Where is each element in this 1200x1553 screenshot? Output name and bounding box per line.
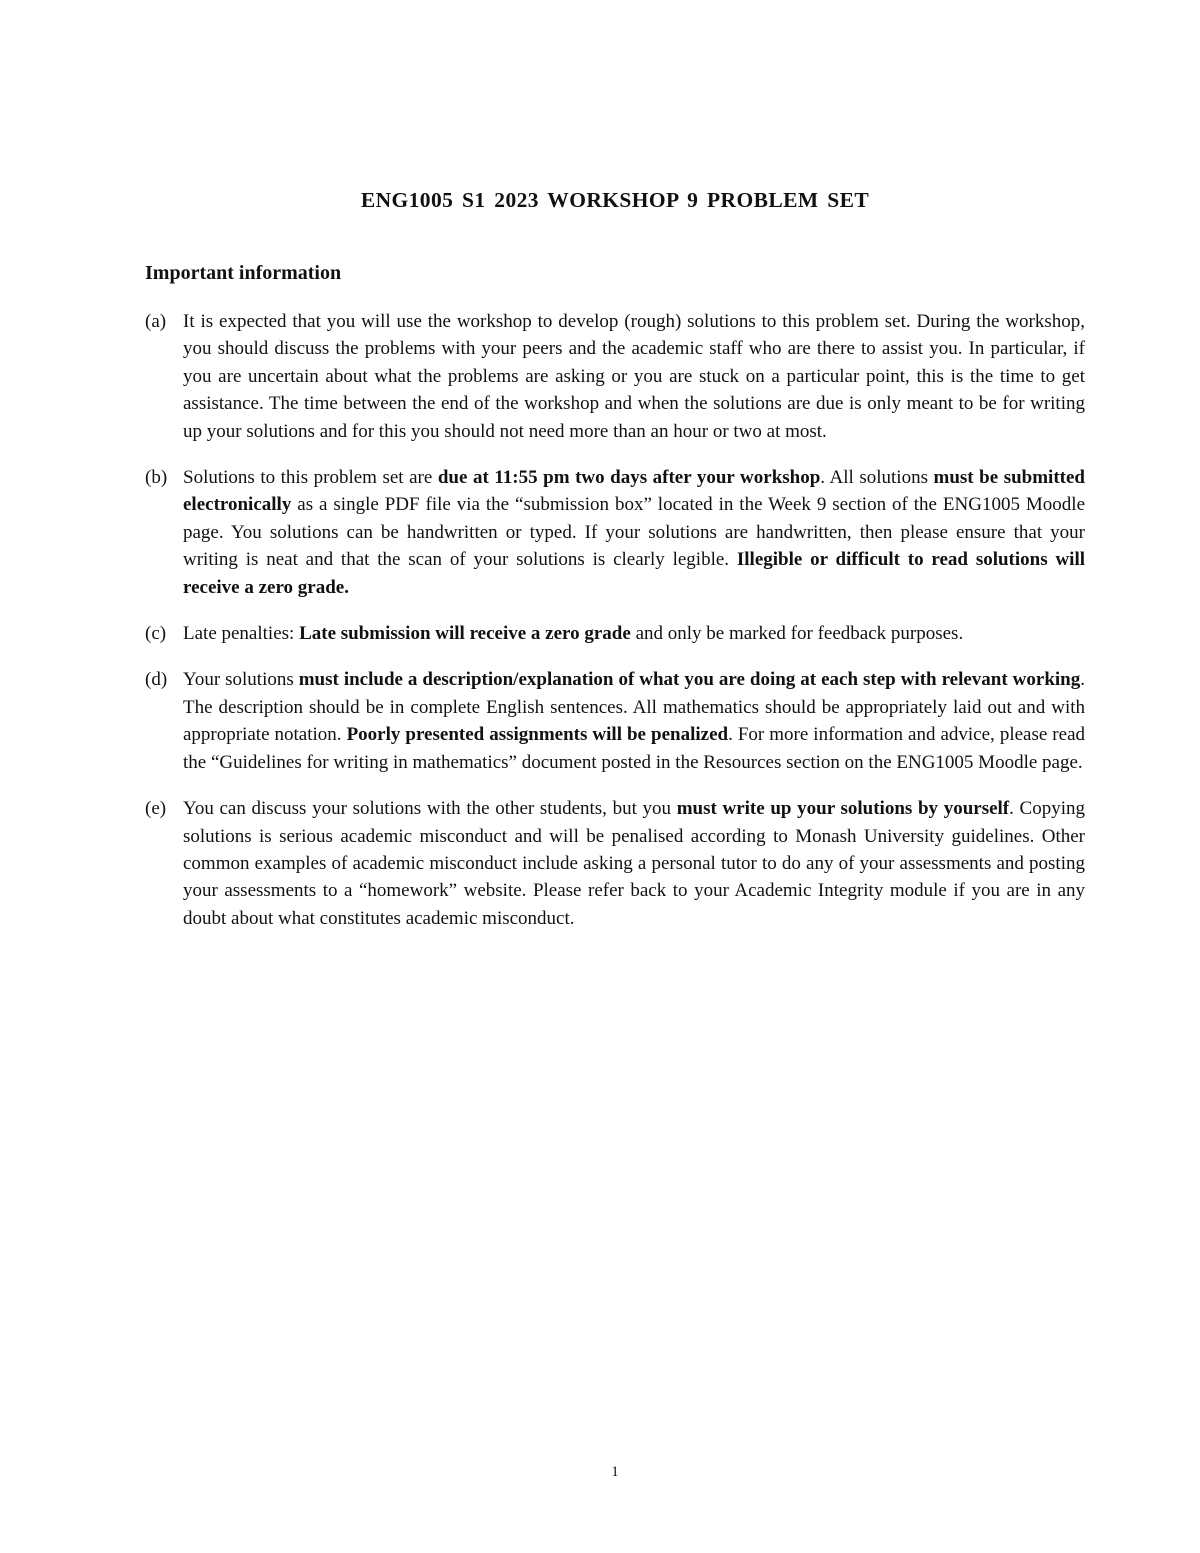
page-title: ENG1005 S1 2023 WORKSHOP 9 PROBLEM SET bbox=[145, 186, 1085, 214]
item-label: (c) bbox=[145, 620, 183, 647]
item-text: Your solutions must include a descriptio… bbox=[183, 666, 1085, 776]
section-heading: Important information bbox=[145, 260, 1085, 286]
item-text: It is expected that you will use the wor… bbox=[183, 308, 1085, 445]
document-page: ENG1005 S1 2023 WORKSHOP 9 PROBLEM SET I… bbox=[145, 0, 1085, 1553]
item-label: (b) bbox=[145, 464, 183, 601]
item-label: (a) bbox=[145, 308, 183, 445]
item-label: (e) bbox=[145, 795, 183, 932]
list-item: (e)You can discuss your solutions with t… bbox=[145, 795, 1085, 932]
item-text: Solutions to this problem set are due at… bbox=[183, 464, 1085, 601]
list-item: (b)Solutions to this problem set are due… bbox=[145, 464, 1085, 601]
item-text: Late penalties: Late submission will rec… bbox=[183, 620, 1085, 647]
list-item: (d)Your solutions must include a descrip… bbox=[145, 666, 1085, 776]
list-item: (a)It is expected that you will use the … bbox=[145, 308, 1085, 445]
item-text: You can discuss your solutions with the … bbox=[183, 795, 1085, 932]
item-label: (d) bbox=[145, 666, 183, 776]
list-item: (c)Late penalties: Late submission will … bbox=[145, 620, 1085, 647]
info-list: (a)It is expected that you will use the … bbox=[145, 308, 1085, 932]
page-number: 1 bbox=[145, 1464, 1085, 1481]
